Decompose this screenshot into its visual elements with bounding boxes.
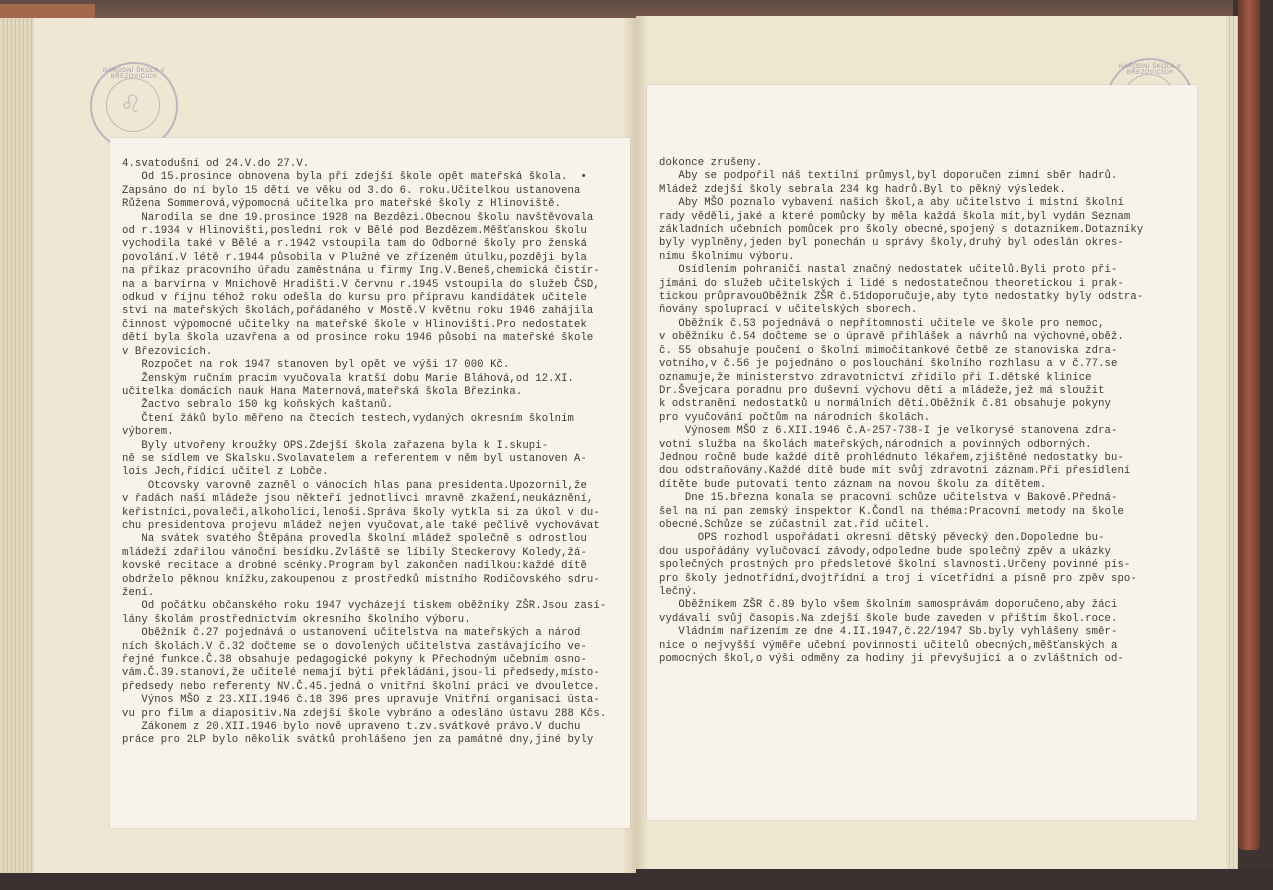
- typewritten-sheet-right: dokonce zrušeny. Aby se podpořil náš tex…: [647, 85, 1197, 820]
- text-line: ňovány spoluprací v učitelských sborech.: [659, 304, 1143, 317]
- text-line: Vládním nařízením ze dne 4.II.1947,č.22/…: [659, 626, 1143, 639]
- text-line: ních školách.V č.32 dočteme se o dovolen…: [122, 641, 606, 654]
- text-line: tickou průpravouOběžník ZŠR č.51doporuču…: [659, 291, 1143, 304]
- text-line: Oběžníkem ZŠR č.89 bylo všem školním sam…: [659, 599, 1143, 612]
- book-cover-corner: [0, 4, 95, 18]
- text-line: práce pro 2LP bylo několik svátků prohlá…: [122, 734, 606, 747]
- text-line: na příkaz pracovního úřadu zaměstnána u …: [122, 265, 606, 278]
- text-line: na a barvírna v Mnichově Hradišti.V červ…: [122, 279, 606, 292]
- text-line: výborem.: [122, 426, 606, 439]
- text-line: šel na ní pan zemský inspektor K.Čondl n…: [659, 506, 1143, 519]
- text-line: předsedy nebo referenty NV.Č.45.jedná o …: [122, 681, 606, 694]
- text-line: ství na mateřských školách,pořádaného v …: [122, 305, 606, 318]
- text-line: votního,v č.56 je pojednáno o poslouchán…: [659, 358, 1143, 371]
- text-line: vu pro film a diapositiv.Na zdejší škole…: [122, 708, 606, 721]
- text-line: od r.1934 v Hlinovišti,poslední rok v Bě…: [122, 225, 606, 238]
- text-line: Mládež zdejší školy sebrala 234 kg hadrů…: [659, 184, 1143, 197]
- text-line: Zapsáno do ní bylo 15 dětí ve věku od 3.…: [122, 185, 606, 198]
- text-line: základních učebních pomůcek pro školy ob…: [659, 224, 1143, 237]
- text-line: Žactvo sebralo 150 kg koňských kaštanů.: [122, 399, 606, 412]
- text-line: vychodila také v Bělé a r.1942 vstoupila…: [122, 238, 606, 251]
- text-line: Výnosem MŠO z 6.XII.1946 č.A-257-738-I j…: [659, 425, 1143, 438]
- text-line: Výnos MŠO z 23.XII.1946 č.18 396 pres up…: [122, 694, 606, 707]
- text-line: Narodila se dne 19.prosince 1928 na Bezd…: [122, 212, 606, 225]
- text-line: oznamuje,že ministerstvo zdravotnictví z…: [659, 372, 1143, 385]
- text-line: vydávali svůj časopis.Na zdejší škole bu…: [659, 613, 1143, 626]
- text-line: ně se sídlem ve Skalsku.Svolavatelem a r…: [122, 453, 606, 466]
- text-line: dítěte bude putovati tento záznam na nov…: [659, 479, 1143, 492]
- lion-emblem-icon: ♌: [120, 90, 142, 118]
- text-line: Otcovsky varovně zazněl o vánocích hlas …: [122, 480, 606, 493]
- text-line: Rozpočet na rok 1947 stanoven byl opět v…: [122, 359, 606, 372]
- text-line: č. 55 obsahuje poučení o školní mimočíta…: [659, 345, 1143, 358]
- text-line: dou uspořádány vylučovací závody,odpoled…: [659, 546, 1143, 559]
- text-line: pomocných škol,o výši odměny za hodiny j…: [659, 653, 1143, 666]
- text-line: pro školy jednotřídní,dvojtřídní a troj …: [659, 573, 1143, 586]
- text-line: vám.Č.39.stanoví,že učitelé nemají býti …: [122, 667, 606, 680]
- text-line: k odstranění nedostatků u normálních dět…: [659, 398, 1143, 411]
- text-line: Ženským ručním pracím vyučovala kratší d…: [122, 373, 606, 386]
- text-line: byly vyplněny,jeden byl ponechán u správ…: [659, 237, 1143, 250]
- text-line: dou odstraňovány.Každé dítě bude mít svů…: [659, 465, 1143, 478]
- text-line: kovské recitace a drobné scénky.Program …: [122, 560, 606, 573]
- text-line: obdrželo pěknou knížku,zakoupenou z pros…: [122, 574, 606, 587]
- text-line: povolání.V létě r.1944 působila v Plužné…: [122, 252, 606, 265]
- text-line: v Březovicích.: [122, 346, 606, 359]
- text-line: odkud v říjnu téhož roku odešla do kursu…: [122, 292, 606, 305]
- text-line: nímu školnímu výboru.: [659, 251, 1143, 264]
- text-line: mládeží zdařilou vánoční besídku.Zvláště…: [122, 547, 606, 560]
- text-line: v řadách naší mládeže jsou někteří jedno…: [122, 493, 606, 506]
- text-line: lány školám prostřednictvím okresního šk…: [122, 614, 606, 627]
- text-line: keřistníci,povaleči,alkoholici,lenoši.Sp…: [122, 507, 606, 520]
- text-line: žení.: [122, 587, 606, 600]
- text-line: Oběžník č.27 pojednává o ustanovení učit…: [122, 627, 606, 640]
- book-cover-edge: [1238, 0, 1260, 850]
- text-line: dokonce zrušeny.: [659, 157, 1143, 170]
- page-edges: [1226, 16, 1238, 869]
- text-line: Zákonem z 20.XII.1946 bylo nově upraveno…: [122, 721, 606, 734]
- text-line: jímáni do služeb učitelských i lidé s ne…: [659, 278, 1143, 291]
- text-line: činnost výpomocné učitelky na mateřské š…: [122, 319, 606, 332]
- text-line: chu presidentova projevu mládež nejen vy…: [122, 520, 606, 533]
- text-line: Oběžník č.53 pojednává o nepřítomnosti u…: [659, 318, 1143, 331]
- text-line: učitelka domácích nauk Hana Maternová,ma…: [122, 386, 606, 399]
- text-line: Na svátek svatého Štěpána provedla školn…: [122, 533, 606, 546]
- text-line: Dr.Švejcara poradnu pro duševní výchovu …: [659, 385, 1143, 398]
- text-line: společných prostných pro předsletové ško…: [659, 559, 1143, 572]
- text-line: obecné.Schůze se zúčastnil zat.říd učite…: [659, 519, 1143, 532]
- text-line: lois Jech,řídící učitel z Lobče.: [122, 466, 606, 479]
- text-line: řejné funkce.Č.38 obsahuje pedagogické p…: [122, 654, 606, 667]
- page-edges: [0, 18, 34, 873]
- left-page-text: 4.svatodušní od 24.V.do 27.V. Od 15.pros…: [122, 158, 606, 748]
- text-line: Růžena Sommerová,výpomocná učitelka pro …: [122, 198, 606, 211]
- text-line: rady věděli,jaké a které pomůcky by měla…: [659, 211, 1143, 224]
- text-line: Osídlením pohraničí nastal značný nedost…: [659, 264, 1143, 277]
- text-line: lečný.: [659, 586, 1143, 599]
- text-line: Dne 15.března konala se pracovní schůze …: [659, 492, 1143, 505]
- school-stamp-icon: NÁRODNÍ ŠKOLA V BŘEZOVICÍCH ♌: [90, 62, 178, 150]
- text-line: Čtení žáků bylo měřeno na čtecích testec…: [122, 413, 606, 426]
- text-line: v oběžníku č.54 dočteme se o úpravě přih…: [659, 331, 1143, 344]
- text-line: Od počátku občanského roku 1947 vycházej…: [122, 600, 606, 613]
- text-line: 4.svatodušní od 24.V.do 27.V.: [122, 158, 606, 171]
- text-line: OPS rozhodl uspořádati okresní dětský pě…: [659, 532, 1143, 545]
- text-line: pro vyučování počtům na národních školác…: [659, 412, 1143, 425]
- text-line: votní služba na školách mateřských,národ…: [659, 439, 1143, 452]
- text-line: Jednou ročně bude každé dítě prohlédnuto…: [659, 452, 1143, 465]
- text-line: nice o nejvyšší výměře učební povinnosti…: [659, 640, 1143, 653]
- typewritten-sheet-left: 4.svatodušní od 24.V.do 27.V. Od 15.pros…: [110, 138, 630, 828]
- text-line: Od 15.prosince obnovena byla při zdejší …: [122, 171, 606, 184]
- text-line: Byly utvořeny kroužky OPS.Zdejší škola z…: [122, 440, 606, 453]
- text-line: Aby MŠO poznalo vybavení našich škol,a a…: [659, 197, 1143, 210]
- right-page-text: dokonce zrušeny. Aby se podpořil náš tex…: [659, 157, 1143, 666]
- text-line: dětí byla škola uzavřena a od prosince r…: [122, 332, 606, 345]
- text-line: Aby se podpořil náš textilní průmysl,byl…: [659, 170, 1143, 183]
